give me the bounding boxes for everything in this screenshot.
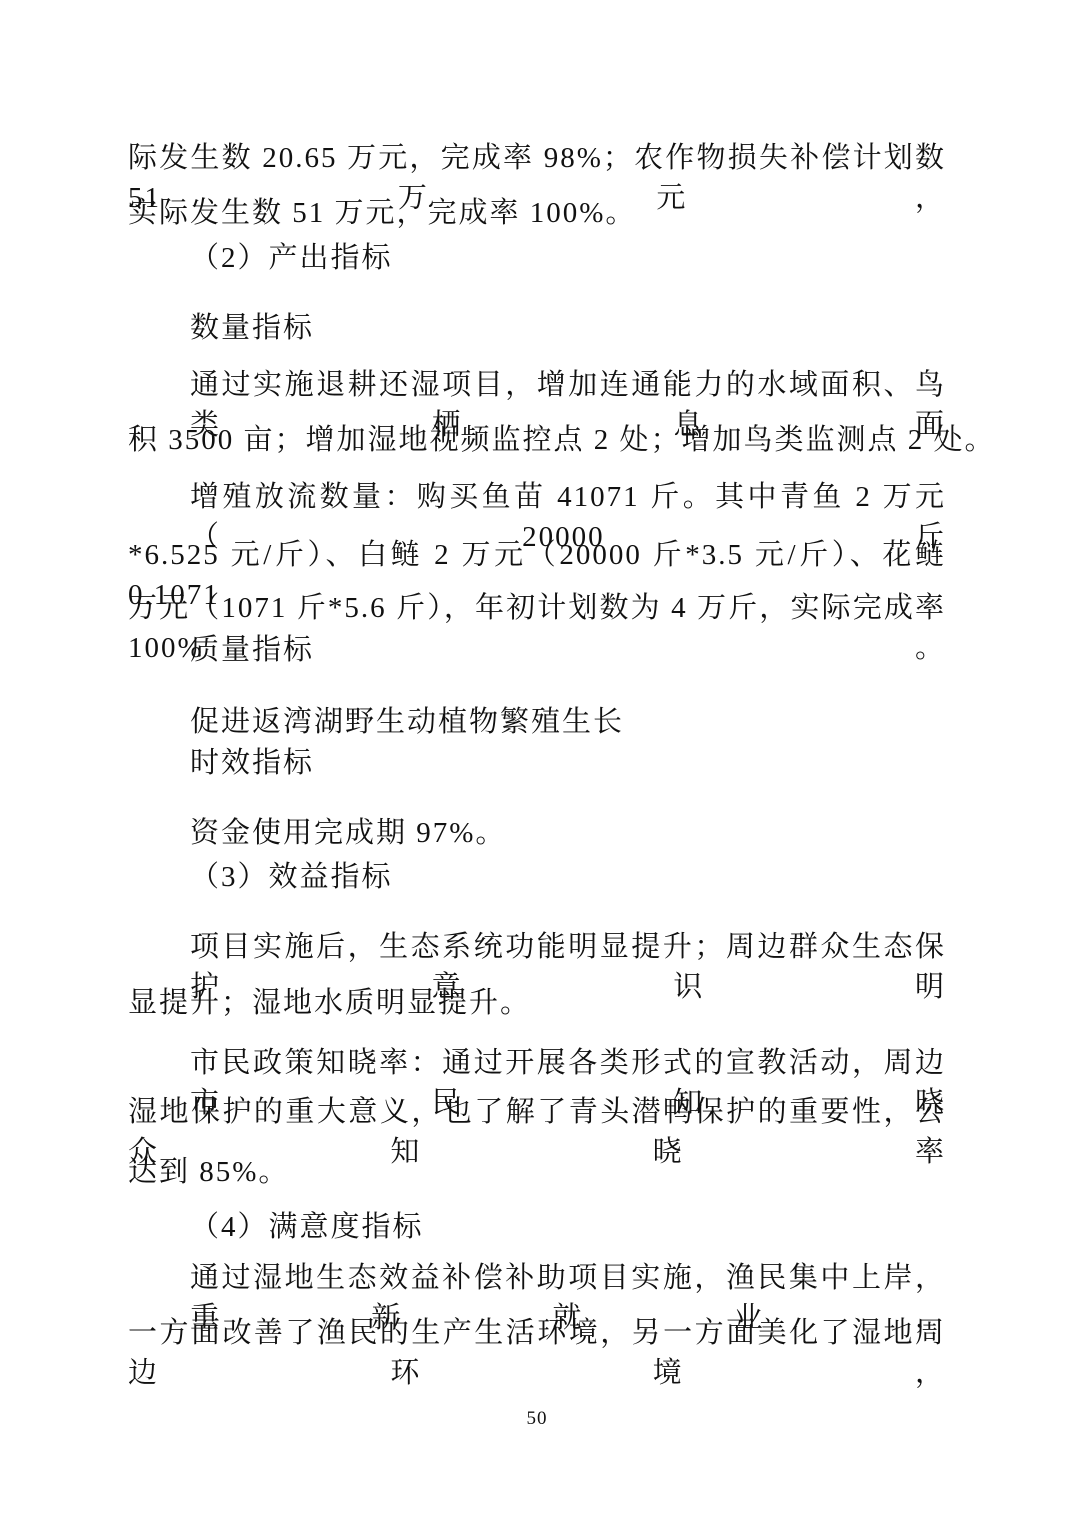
text-line: 实际发生数 51 万元，完成率 100%。: [128, 193, 636, 233]
text-line: 达到 85%。: [128, 1152, 289, 1192]
page-number: 50: [0, 1408, 1074, 1430]
document-page: 际发生数 20.65 万元，完成率 98%；农作物损失补偿计划数 51 万元，实…: [0, 0, 1074, 1520]
text-line: 数量指标: [190, 308, 314, 348]
text-line: 积 3500 亩；增加湿地视频监控点 2 处；增加鸟类监测点 2 处。: [128, 420, 996, 460]
text-line: （2）产出指标: [190, 238, 393, 278]
text-line: （3）效益指标: [190, 857, 393, 897]
text-line: 一方面改善了渔民的生产生活环境，另一方面美化了湿地周边环境，: [128, 1313, 946, 1393]
text-line: 资金使用完成期 97%。: [190, 813, 506, 853]
text-line: 质量指标: [190, 630, 314, 670]
text-line: 促进返湾湖野生动植物繁殖生长: [190, 702, 624, 742]
text-line: 显提升；湿地水质明显提升。: [128, 983, 531, 1023]
text-line: 时效指标: [190, 743, 314, 783]
text-line: （4）满意度指标: [190, 1207, 424, 1247]
